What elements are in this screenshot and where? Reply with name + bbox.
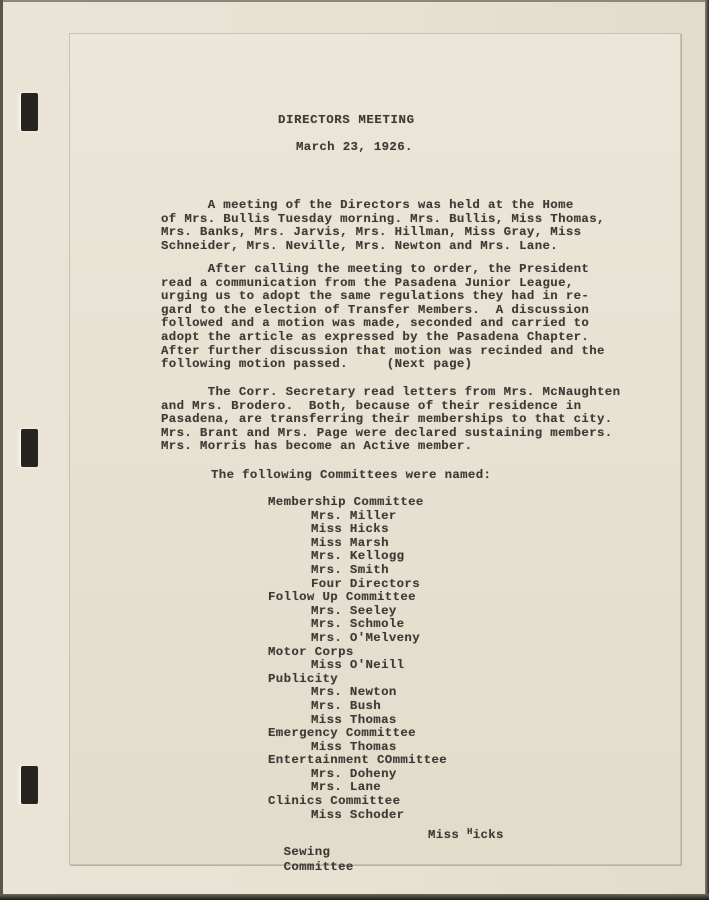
committee-member: Mrs. Doheny xyxy=(268,768,447,782)
committee-member: Miss Hicks xyxy=(268,523,447,537)
committee-member: Miss Thomas xyxy=(268,714,447,728)
paragraph-correspondence: The Corr. Secretary read letters from Mr… xyxy=(161,386,620,454)
document-title: DIRECTORS MEETING xyxy=(278,114,415,128)
paragraph-attendance: A meeting of the Directors was held at t… xyxy=(161,199,605,253)
committee-member: Mrs. Newton xyxy=(268,686,447,700)
committee-name: Motor Corps xyxy=(268,646,447,660)
committee-member: Mrs. Schmole xyxy=(268,618,447,632)
committee-name: Follow Up Committee xyxy=(268,591,447,605)
paragraph-transfer-members: After calling the meeting to order, the … xyxy=(161,263,605,372)
paper-right-edge xyxy=(705,0,709,900)
committee-member: Mrs. Seeley xyxy=(268,605,447,619)
document-date: March 23, 1926. xyxy=(296,141,413,155)
committee-member: Mrs. Bush xyxy=(268,700,447,714)
committee-list: Membership CommitteeMrs. MillerMiss Hick… xyxy=(268,496,447,822)
committee-name: Clinics Committee xyxy=(268,795,447,809)
sewing-label-word1: Sewing xyxy=(284,846,331,860)
paper-top-edge xyxy=(0,0,709,2)
committee-member: Mrs. Lane xyxy=(268,781,447,795)
sewing-label-word2: Committee xyxy=(284,861,354,875)
sewing-committee-line: Sewing Committee Miss Hicks xyxy=(268,832,354,886)
paper-left-edge xyxy=(0,0,3,900)
committee-member: Mrs. O'Melveny xyxy=(268,632,447,646)
committee-member: Mrs. Kellogg xyxy=(268,550,447,564)
binder-hole-bottom xyxy=(21,766,38,804)
committee-name: Entertainment COmmittee xyxy=(268,754,447,768)
committee-member: Four Directors xyxy=(268,578,447,592)
committee-name: Membership Committee xyxy=(268,496,447,510)
committees-intro: The following Committees were named: xyxy=(211,469,491,483)
committee-name: Emergency Committee xyxy=(268,727,447,741)
committee-member: Miss O'Neill xyxy=(268,659,447,673)
committee-member: Mrs. Smith xyxy=(268,564,447,578)
paper-bottom-edge xyxy=(0,894,709,900)
committee-member: Mrs. Miller xyxy=(268,510,447,524)
sewing-member: Miss Hicks xyxy=(428,829,504,844)
committee-member: Miss Schoder xyxy=(268,809,447,823)
binder-hole-top xyxy=(21,93,38,131)
binder-hole-middle xyxy=(21,429,38,467)
committee-member: Miss Marsh xyxy=(268,537,447,551)
committee-name: Publicity xyxy=(268,673,447,687)
committee-member: Miss Thomas xyxy=(268,741,447,755)
